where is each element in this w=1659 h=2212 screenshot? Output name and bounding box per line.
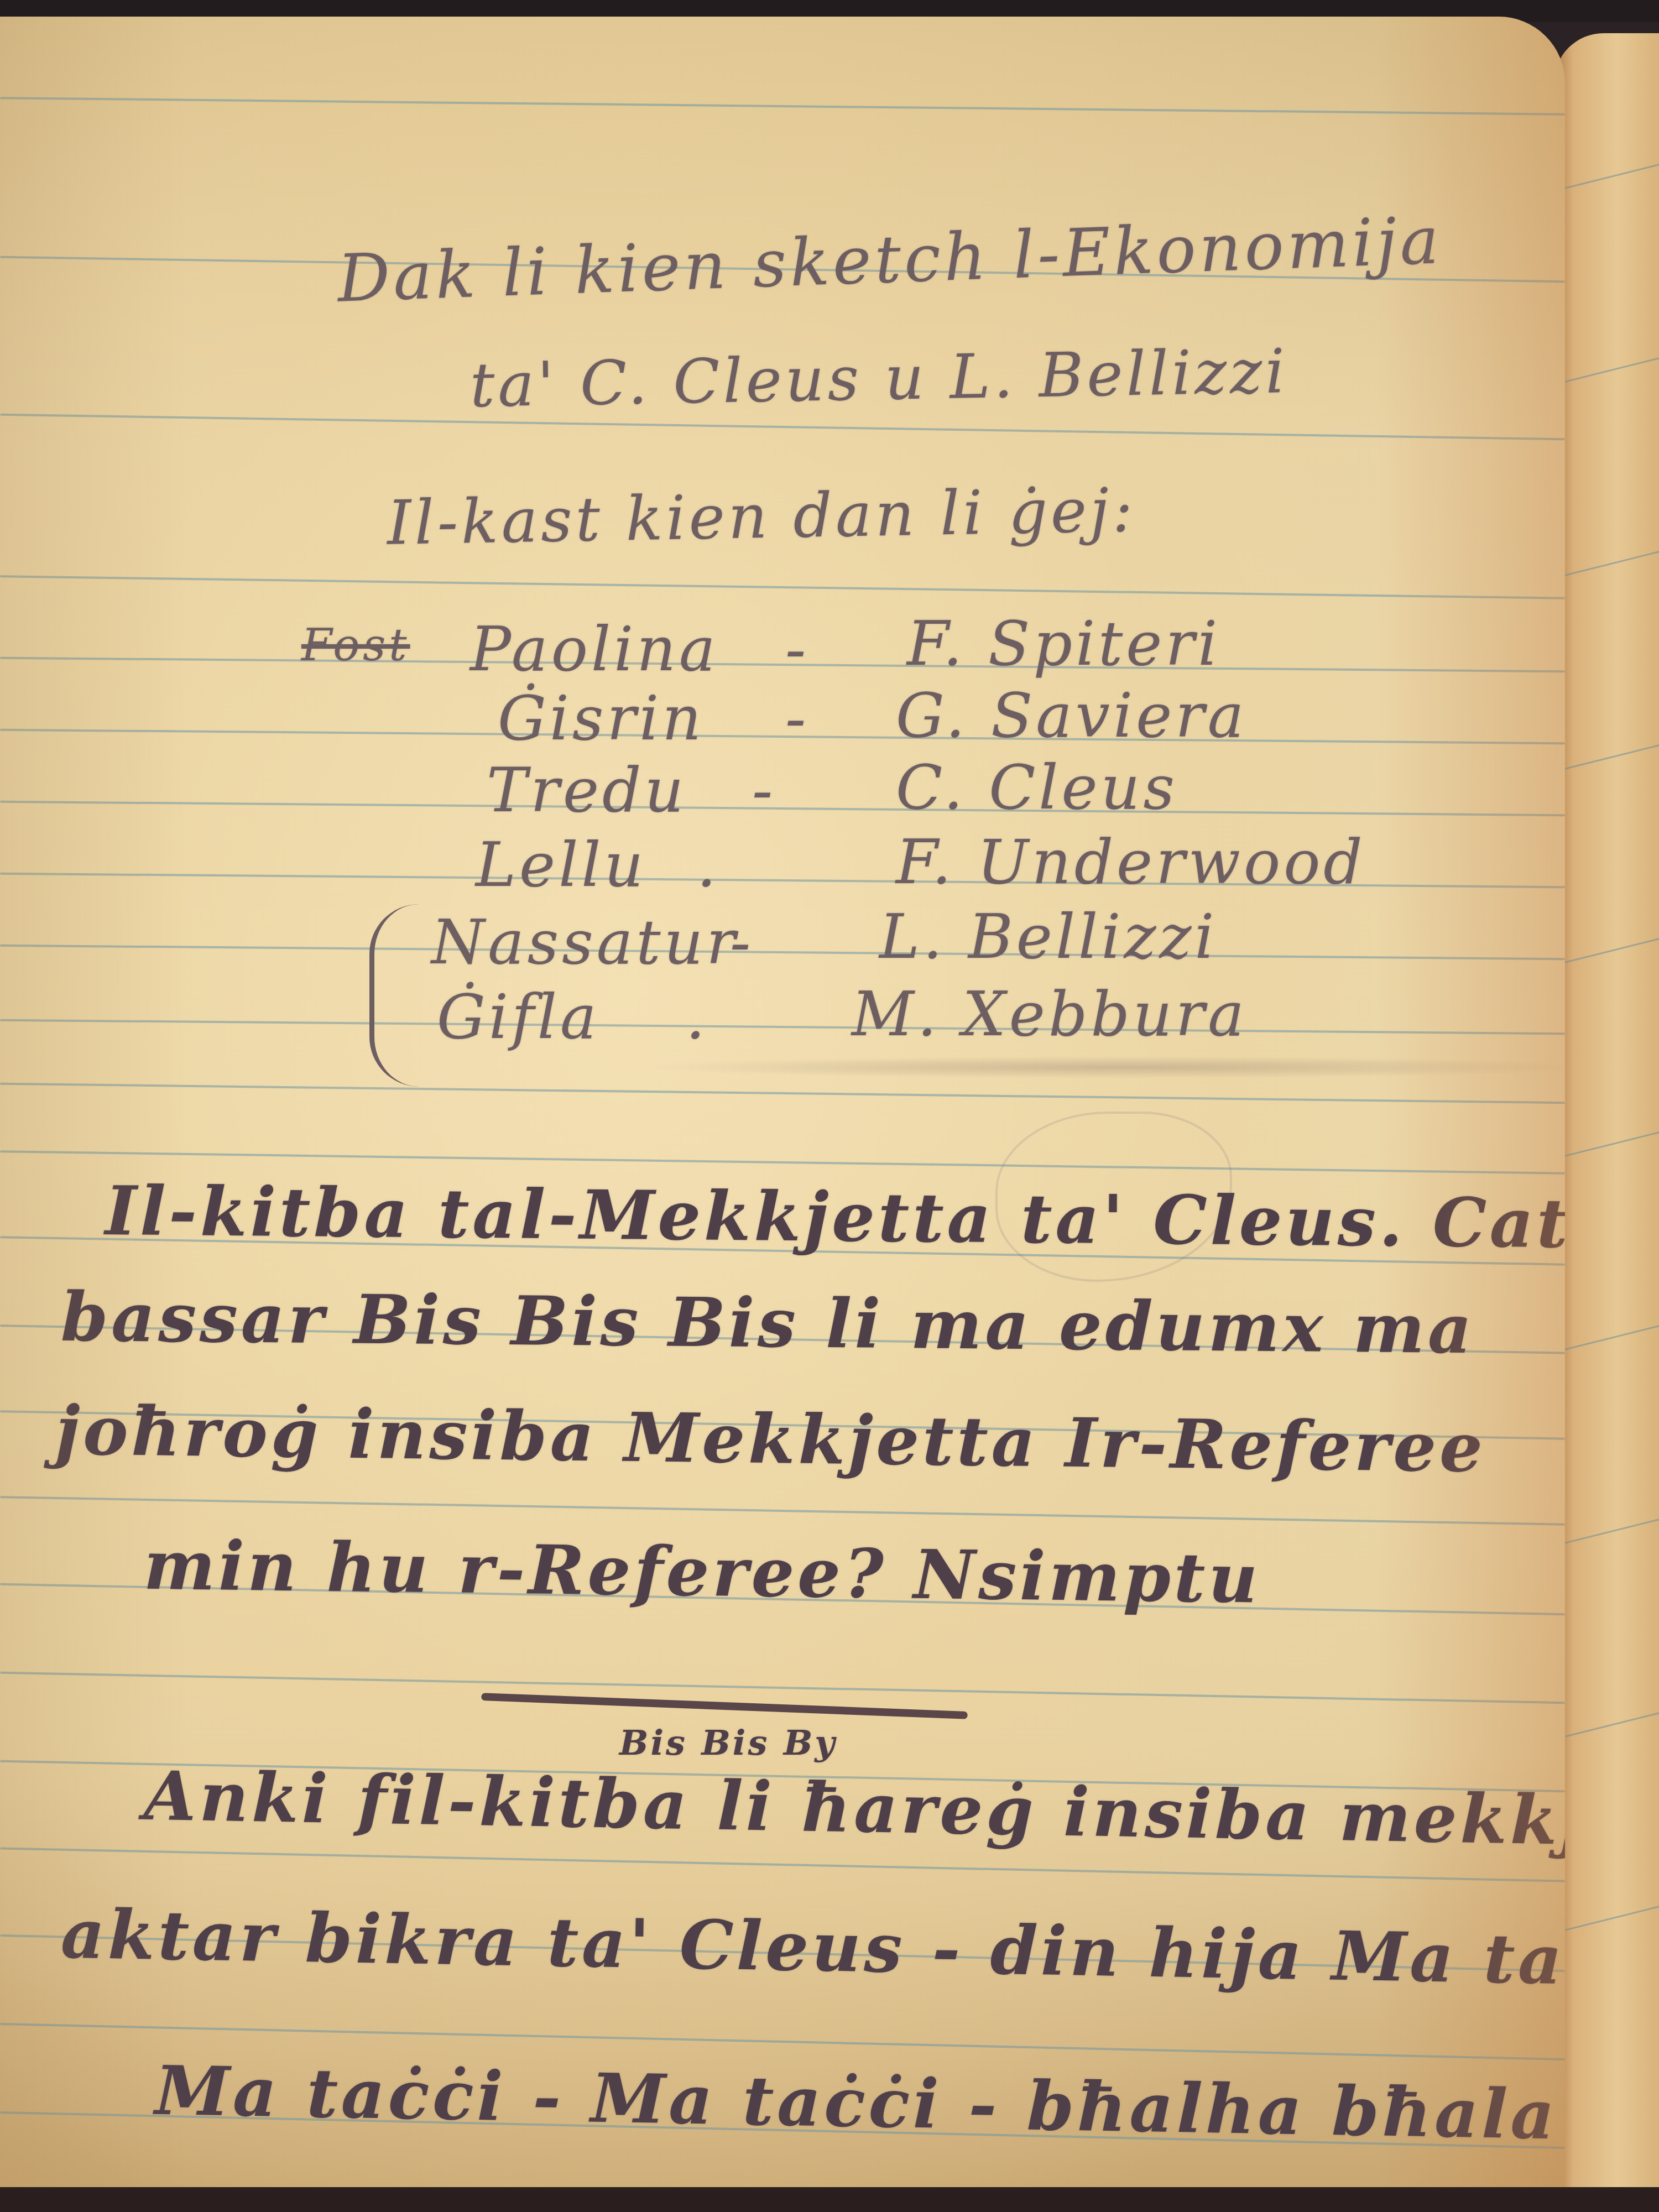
rule-line — [0, 1150, 1565, 1175]
cast-role: Lellu — [476, 830, 646, 900]
divider-stroke — [481, 1693, 968, 1719]
cast-dash: - — [730, 907, 754, 978]
cast-actor: C. Cleus — [896, 752, 1178, 823]
rule-line — [0, 945, 1565, 961]
paragraph1-line-3: joħroġ insiba Mekkjetta Ir-Referee — [55, 1390, 1486, 1488]
cast-dash: - — [752, 755, 776, 826]
notebook-page: Dak li kien sketch l-Ekonomija ta' C. Cl… — [0, 17, 1565, 2190]
cast-dash: - — [785, 614, 809, 685]
cast-role: Nassatur — [431, 907, 739, 978]
rule-line — [0, 1496, 1565, 1525]
cast-actor: L. Bellizzi — [879, 901, 1218, 972]
cast-role: Tredu — [487, 755, 687, 826]
rule-line — [0, 1672, 1565, 1704]
paragraph2-line-1: Anki fil-kitba li ħareġ insiba mekkjetta — [143, 1756, 1565, 1864]
adjacent-page-edge — [1554, 33, 1659, 2190]
cast-actor: G. Saviera — [896, 680, 1247, 751]
heading-line-2: ta' C. Cleus u L. Bellizzi — [469, 336, 1288, 421]
cast-dash: - — [785, 683, 809, 754]
cast-dash: . — [686, 982, 708, 1052]
paragraph2-line-3: Ma taċċi - Ma taċċi - bħalha bħala — [154, 2051, 1558, 2154]
heading-line-1: Dak li kien sketch l-Ekonomija — [336, 202, 1443, 317]
cast-actor: F. Spiteri — [907, 608, 1220, 679]
bracket-mark — [369, 904, 424, 1087]
heading-line-3: Il-kast kien dan li ġej: — [387, 474, 1136, 559]
paragraph1-line-4: min hu r-Referee? Nsimptu — [143, 1525, 1261, 1619]
cast-role: Paolina — [470, 614, 719, 685]
cast-actor: M. Xebbura — [852, 979, 1248, 1050]
cast-actor: F. Underwood — [896, 827, 1366, 898]
pencil-smudge — [636, 1056, 1565, 1078]
rule-line — [0, 97, 1565, 116]
divider-caption: Bis Bis By — [619, 1723, 837, 1763]
rule-line — [0, 414, 1565, 440]
cast-dash: . — [697, 830, 719, 900]
background-bottom — [0, 2187, 1659, 2212]
cast-role: Ġisrin — [498, 683, 705, 754]
cast-role: Ġifla — [437, 982, 600, 1052]
paragraph1-line-1: Il-kitba tal-Mekkjetta ta' Cleus. Catani… — [105, 1171, 1565, 1265]
rule-line — [0, 657, 1565, 673]
rule-line — [0, 1083, 1565, 1104]
paragraph1-line-2: bassar Bis Bis Bis li ma edumx ma — [60, 1277, 1475, 1369]
struck-word: Fost — [301, 619, 410, 671]
paragraph2-line-2: aktar bikra ta' Cleus - din hija Ma taċċ… — [60, 1893, 1565, 2001]
rule-line — [0, 729, 1565, 745]
rule-line — [0, 575, 1565, 599]
rule-line — [0, 801, 1565, 817]
rule-line — [0, 1019, 1565, 1035]
